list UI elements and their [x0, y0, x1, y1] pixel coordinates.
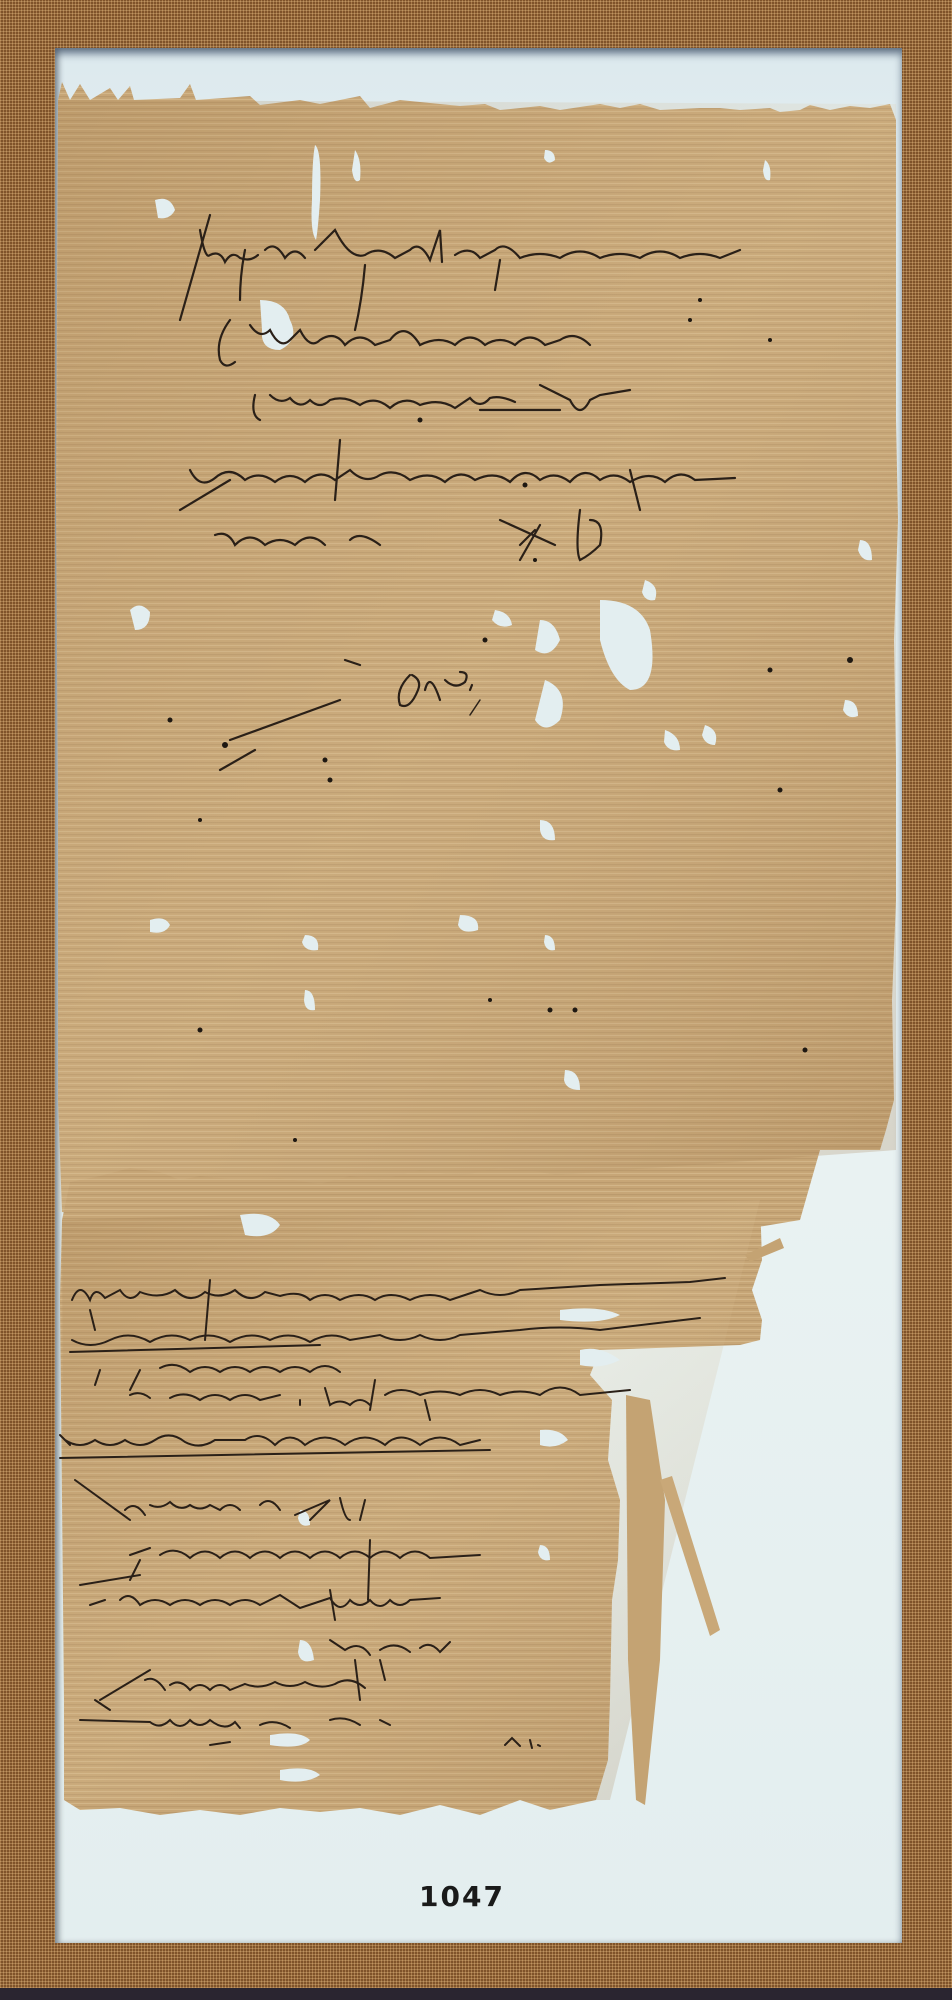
lower-fragment — [60, 1168, 784, 1815]
papyrus-fragments — [0, 0, 952, 2000]
specimen-number-label: 1047 — [412, 1880, 512, 1913]
upper-fragment — [56, 82, 898, 1230]
